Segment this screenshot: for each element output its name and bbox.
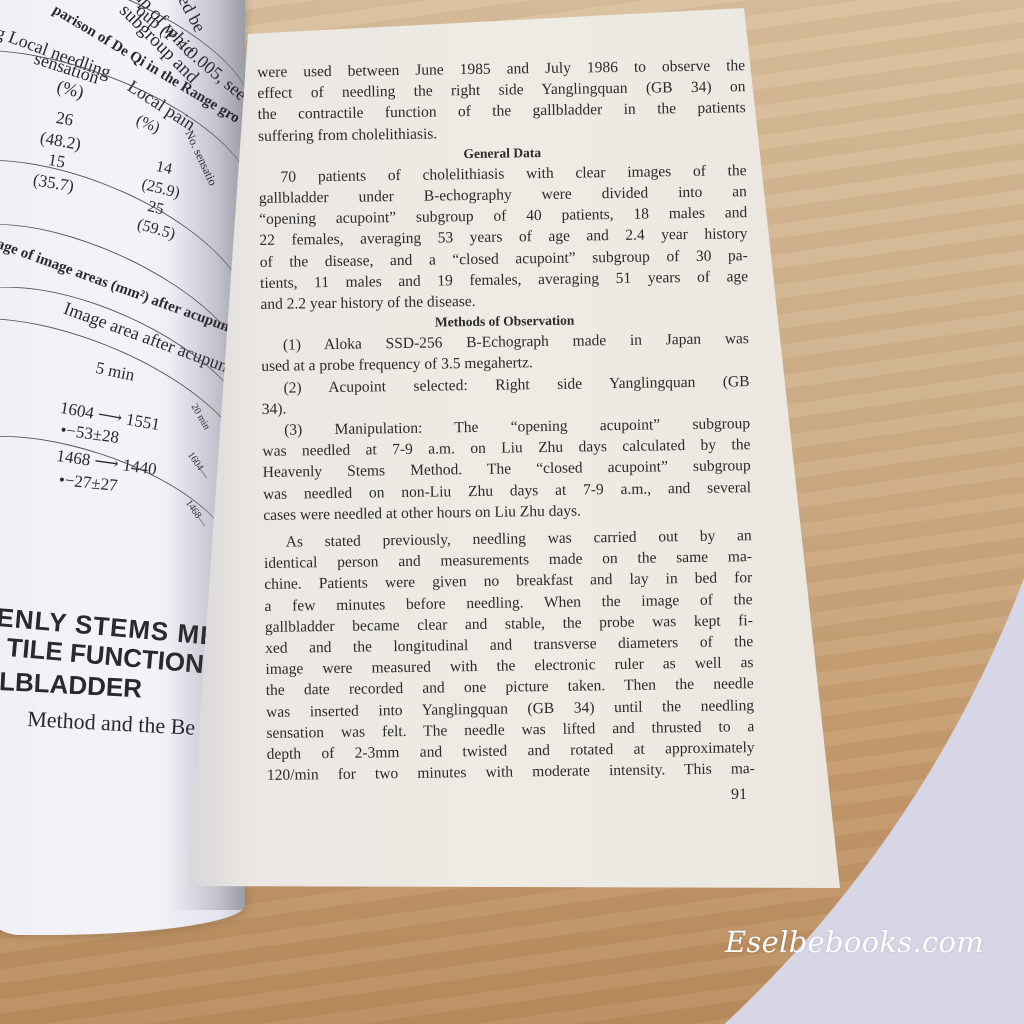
table1-cell: 26 [55, 108, 75, 131]
chapter-title-line3: LBLADDER [0, 666, 143, 704]
page-number: 91 [731, 786, 747, 804]
page-text: were used between June 1985 and July 198… [257, 55, 755, 786]
watermark: Eselbebooks.com [725, 925, 984, 959]
